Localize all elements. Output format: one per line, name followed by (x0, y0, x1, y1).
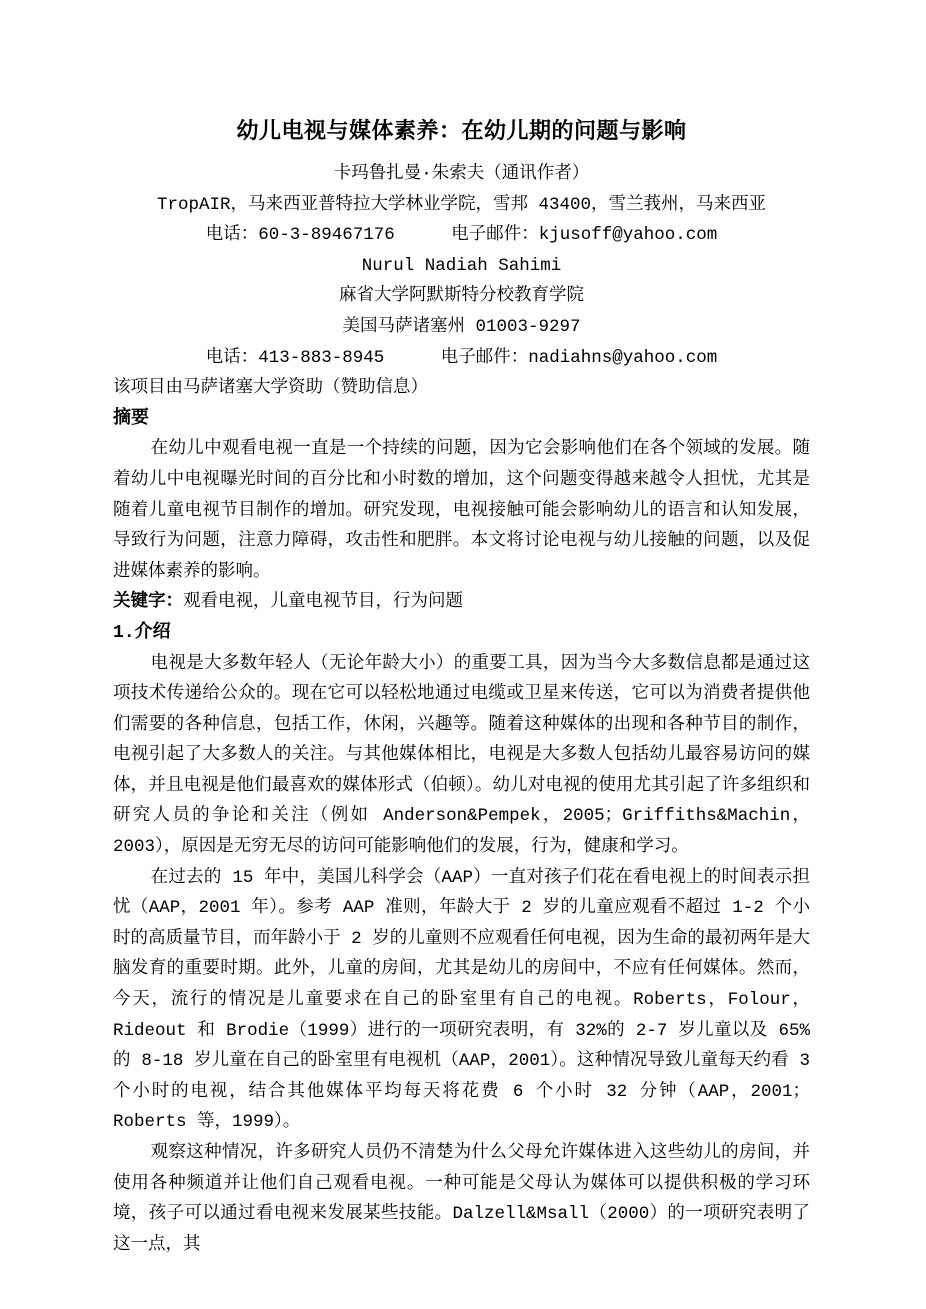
intro-paragraph-1: 电视是大多数年轻人（无论年龄大小）的重要工具，因为当今大多数信息都是通过这项技术… (113, 649, 810, 863)
keywords-line: 关键字：观看电视，儿童电视节目，行为问题 (113, 587, 810, 618)
abstract-heading: 摘要 (113, 404, 810, 435)
intro-paragraph-3: 观察这种情况，许多研究人员仍不清楚为什么父母允许媒体进入这些幼儿的房间，并使用各… (113, 1138, 810, 1260)
author1-email: 电子邮件：kjusoff@yahoo.com (451, 225, 717, 245)
author2-name: Nurul Nadiah Sahimi (113, 251, 810, 282)
funding-note: 该项目由马萨诸塞大学资助（赞助信息） (113, 373, 810, 404)
document-content: 幼儿电视与媒体素养：在幼儿期的问题与影响 卡玛鲁扎曼·朱索夫（通讯作者） Tro… (113, 114, 810, 1260)
author1-name: 卡玛鲁扎曼·朱索夫（通讯作者） (113, 159, 810, 190)
intro-paragraph-2: 在过去的 15 年中，美国儿科学会（AAP）一直对孩子们花在看电视上的时间表示担… (113, 863, 810, 1138)
keywords-text: 观看电视，儿童电视节目，行为问题 (183, 592, 463, 612)
introduction-heading: 1.介绍 (113, 618, 810, 649)
author2-email: 电子邮件：nadiahns@yahoo.com (441, 348, 718, 368)
author1-affiliation: TropAIR，马来西亚普特拉大学林业学院，雪邦 43400，雪兰莪州，马来西亚 (113, 190, 810, 221)
paper-title: 幼儿电视与媒体素养：在幼儿期的问题与影响 (113, 114, 810, 152)
document-page: 幼儿电视与媒体素养：在幼儿期的问题与影响 卡玛鲁扎曼·朱索夫（通讯作者） Tro… (0, 0, 926, 1309)
author1-phone: 电话：60-3-89467176 (206, 225, 395, 245)
author1-contact-row: 电话：60-3-89467176 电子邮件：kjusoff@yahoo.com (113, 220, 810, 251)
author2-phone: 电话：413-883-8945 (206, 348, 385, 368)
author2-address: 美国马萨诸塞州 01003-9297 (113, 312, 810, 343)
author2-contact-row: 电话：413-883-8945 电子邮件：nadiahns@yahoo.com (113, 343, 810, 374)
author2-affiliation: 麻省大学阿默斯特分校教育学院 (113, 281, 810, 312)
abstract-text: 在幼儿中观看电视一直是一个持续的问题，因为它会影响他们在各个领域的发展。随着幼儿… (113, 434, 810, 587)
keywords-label: 关键字： (113, 592, 183, 612)
